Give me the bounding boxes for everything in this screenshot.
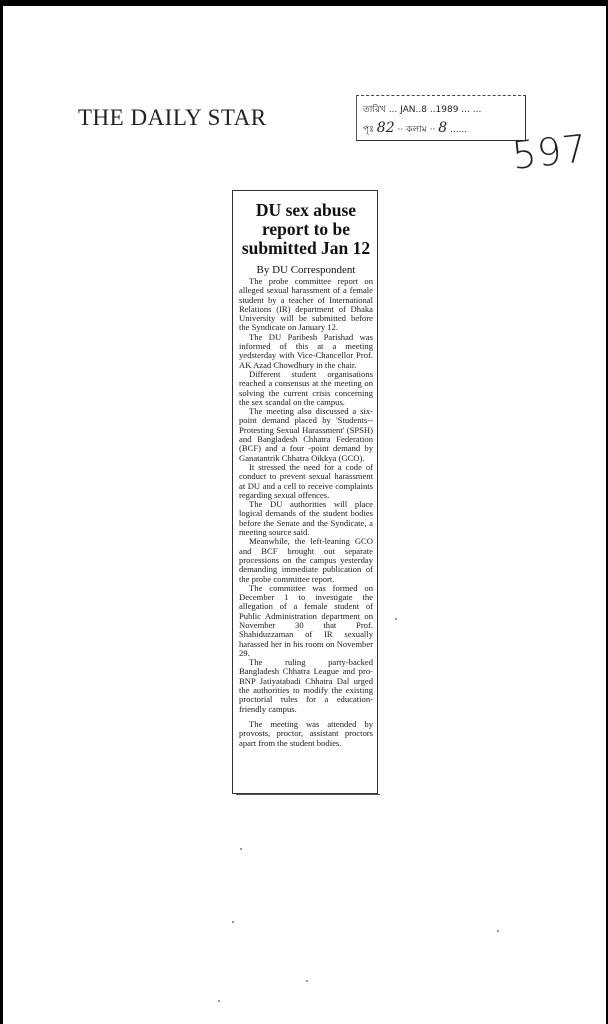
article-bottom-rule bbox=[236, 794, 380, 795]
article-paragraph: The committee was formed on December 1 t… bbox=[239, 584, 373, 658]
scan-speck bbox=[232, 921, 234, 923]
scan-speck bbox=[218, 1000, 220, 1002]
article-paragraph: The DU Paribesh Parishad was informed of… bbox=[239, 333, 373, 370]
stamp-page-label: পৃঃ bbox=[363, 125, 374, 135]
stamp-page-row: পৃঃ 82 ·· কলাম ·· 8 ...... bbox=[363, 120, 467, 137]
article-paragraph: The probe committee report on alleged se… bbox=[239, 277, 373, 333]
stamp-column-value: 8 bbox=[438, 120, 447, 136]
newspaper-masthead: THE DAILY STAR bbox=[78, 105, 267, 131]
scan-speck bbox=[240, 848, 242, 850]
stamp-date-row: তারিখ ... JAN..8 ..1989 ... ... bbox=[363, 102, 481, 117]
scan-speck bbox=[306, 980, 308, 982]
article-headline: DU sex abuse report to be submitted Jan … bbox=[239, 201, 373, 258]
stamp-column-label: কলাম bbox=[406, 125, 427, 135]
article-byline: By DU Correspondent bbox=[239, 264, 373, 276]
scan-left-edge bbox=[0, 0, 3, 1024]
article-paragraph: The DU authorities will place logical de… bbox=[239, 500, 373, 537]
scan-top-edge bbox=[0, 0, 608, 6]
article-paragraph: The ruling party-backed Bangladesh Chhat… bbox=[239, 658, 373, 714]
scan-speck bbox=[395, 618, 397, 620]
news-article: DU sex abuse report to be submitted Jan … bbox=[232, 190, 378, 794]
stamp-page-value: 82 bbox=[377, 120, 395, 136]
handwritten-page-number: 597 bbox=[510, 126, 590, 178]
stamp-date-value: ... JAN..8 ..1989 ... ... bbox=[389, 105, 482, 115]
article-paragraph: The meeting was attended by provosts, pr… bbox=[239, 720, 373, 748]
article-body: The probe committee report on alleged se… bbox=[239, 277, 373, 748]
stamp-trailing-dots: ...... bbox=[450, 125, 467, 135]
archive-stamp: তারিখ ... JAN..8 ..1989 ... ... পৃঃ 82 ·… bbox=[356, 95, 526, 141]
article-paragraph: It stressed the need for a code of condu… bbox=[239, 463, 373, 500]
article-paragraph: The meeting also discussed a six-point d… bbox=[239, 407, 373, 463]
article-paragraph: Meanwhile, the left-leaning GCO and BCF … bbox=[239, 537, 373, 583]
scan-speck bbox=[497, 930, 499, 932]
article-paragraph: Different student organisations reached … bbox=[239, 370, 373, 407]
stamp-date-label: তারিখ bbox=[363, 105, 386, 115]
